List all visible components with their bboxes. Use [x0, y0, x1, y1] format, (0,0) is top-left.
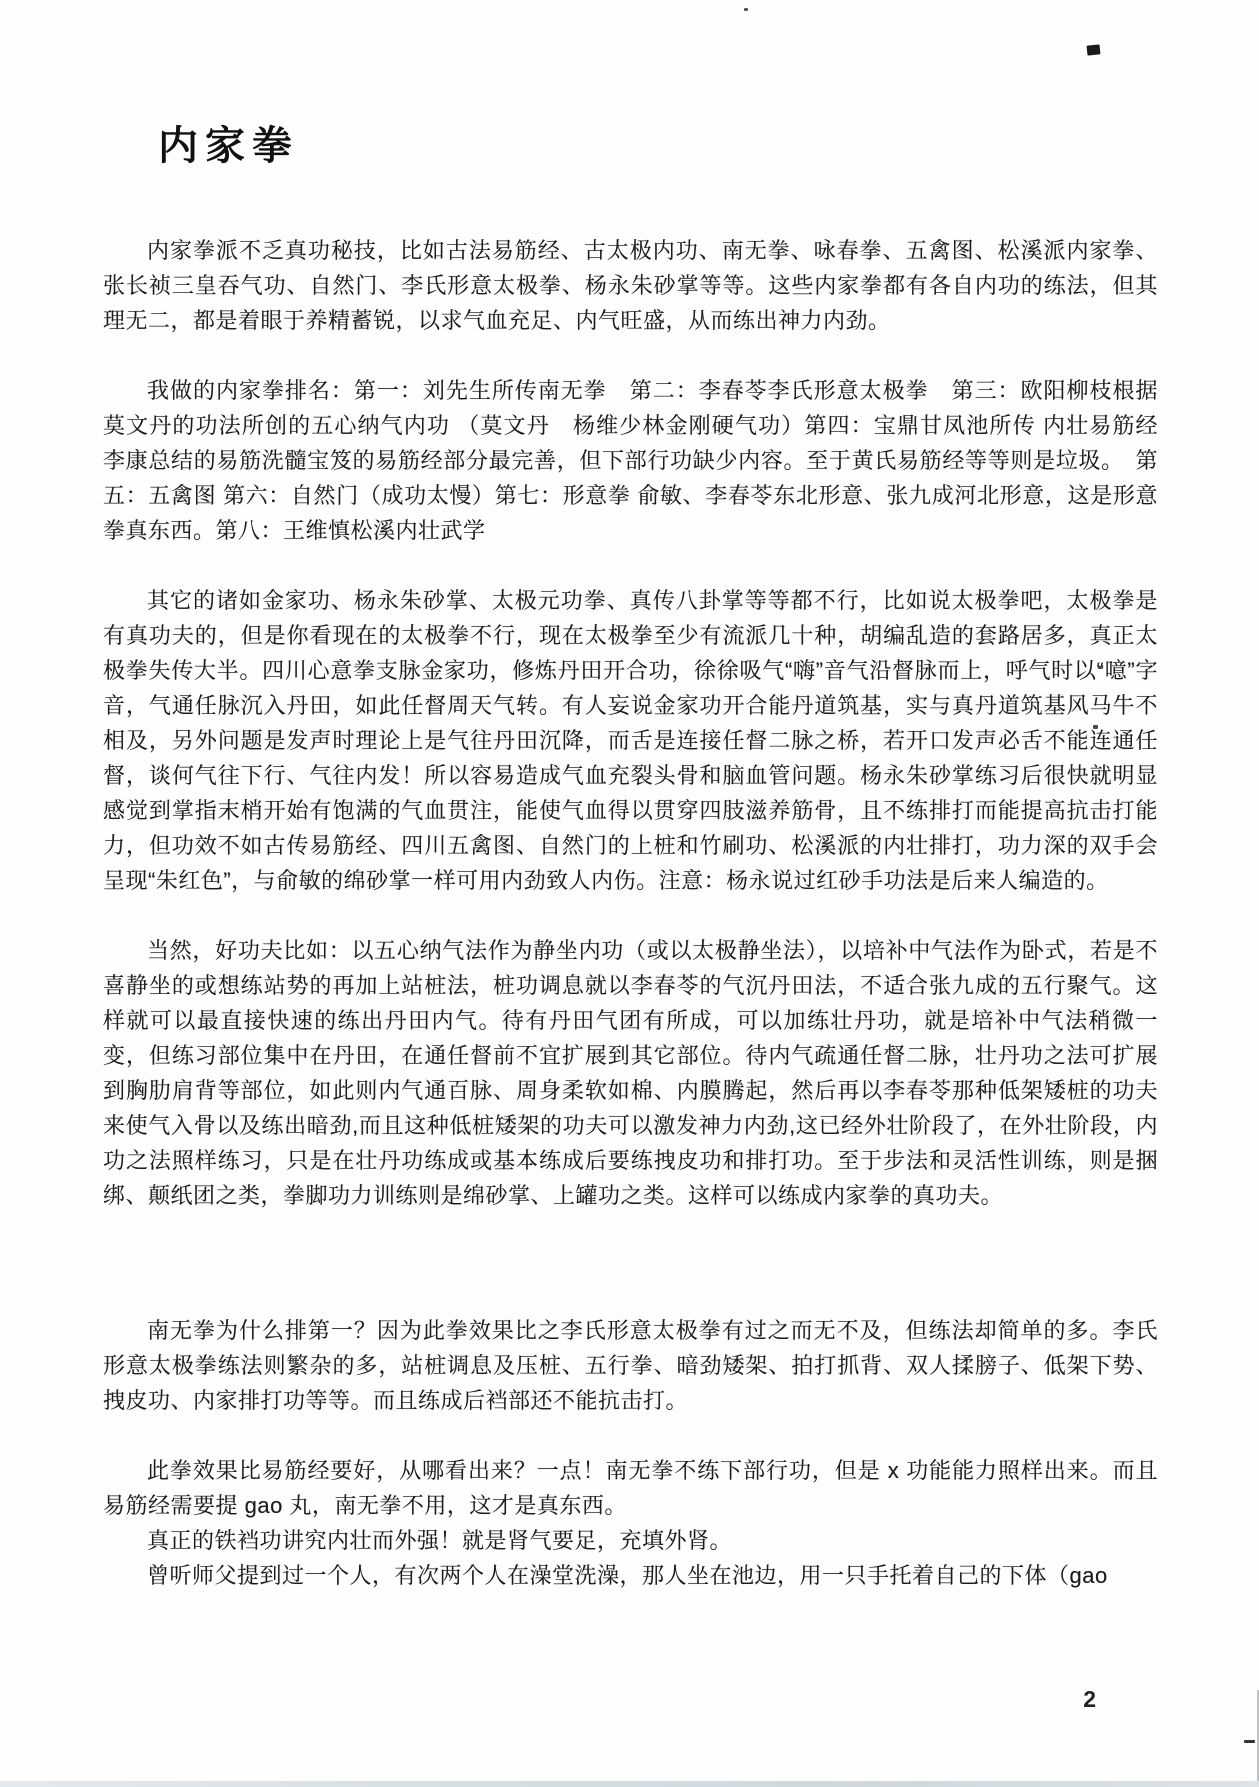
page-title: 内家拳 — [158, 122, 1158, 170]
paragraph-master-anecdote: 曾听师父提到过一个人，有次两个人在澡堂洗澡，那人坐在池边，用一只手托着自己的下体… — [103, 1558, 1158, 1593]
paragraph-other-styles: 其它的诸如金家功、杨永朱砂掌、太极元功拳、真传八卦掌等等都不行，比如说太极拳吧，… — [103, 583, 1158, 898]
scan-artifact-dot — [744, 8, 748, 11]
scan-artifact-dot — [1098, 666, 1103, 669]
paragraph-training-method: 当然，好功夫比如：以五心纳气法作为静坐内功（或以太极静坐法），以培补中气法作为卧… — [103, 933, 1158, 1213]
scan-artifact-dot — [1093, 725, 1098, 729]
paragraph-effect-compare: 此拳效果比易筋经要好，从哪看出来？一点！南无拳不练下部行功，但是 x 功能能力照… — [103, 1453, 1158, 1523]
scanned-document-page: 内家拳 内家拳派不乏真功秘技，比如古法易筋经、古太极内功、南无拳、咏春拳、五禽图… — [0, 0, 1259, 1787]
paragraph-tiedanggong: 真正的铁裆功讲究内壮而外强！就是肾气要足，充填外肾。 — [103, 1523, 1158, 1558]
paragraph-intro: 内家拳派不乏真功秘技，比如古法易筋经、古太极内功、南无拳、咏春拳、五禽图、松溪派… — [103, 233, 1158, 338]
document-body: 内家拳 内家拳派不乏真功秘技，比如古法易筋经、古太极内功、南无拳、咏春拳、五禽图… — [103, 0, 1158, 1593]
scan-edge-strip — [0, 1781, 1259, 1787]
paragraph-ranking: 我做的内家拳排名：第一：刘先生所传南无拳 第二：李春苓李氏形意太极拳 第三：欧阳… — [103, 373, 1158, 548]
scan-artifact-dash — [1244, 1740, 1255, 1743]
page-number: 2 — [1083, 1686, 1096, 1713]
paragraph-nanwuquan-first: 南无拳为什么排第一？因为此拳效果比之李氏形意太极拳有过之而无不及，但练法却简单的… — [103, 1313, 1158, 1418]
scan-artifact-mark — [1087, 44, 1101, 55]
